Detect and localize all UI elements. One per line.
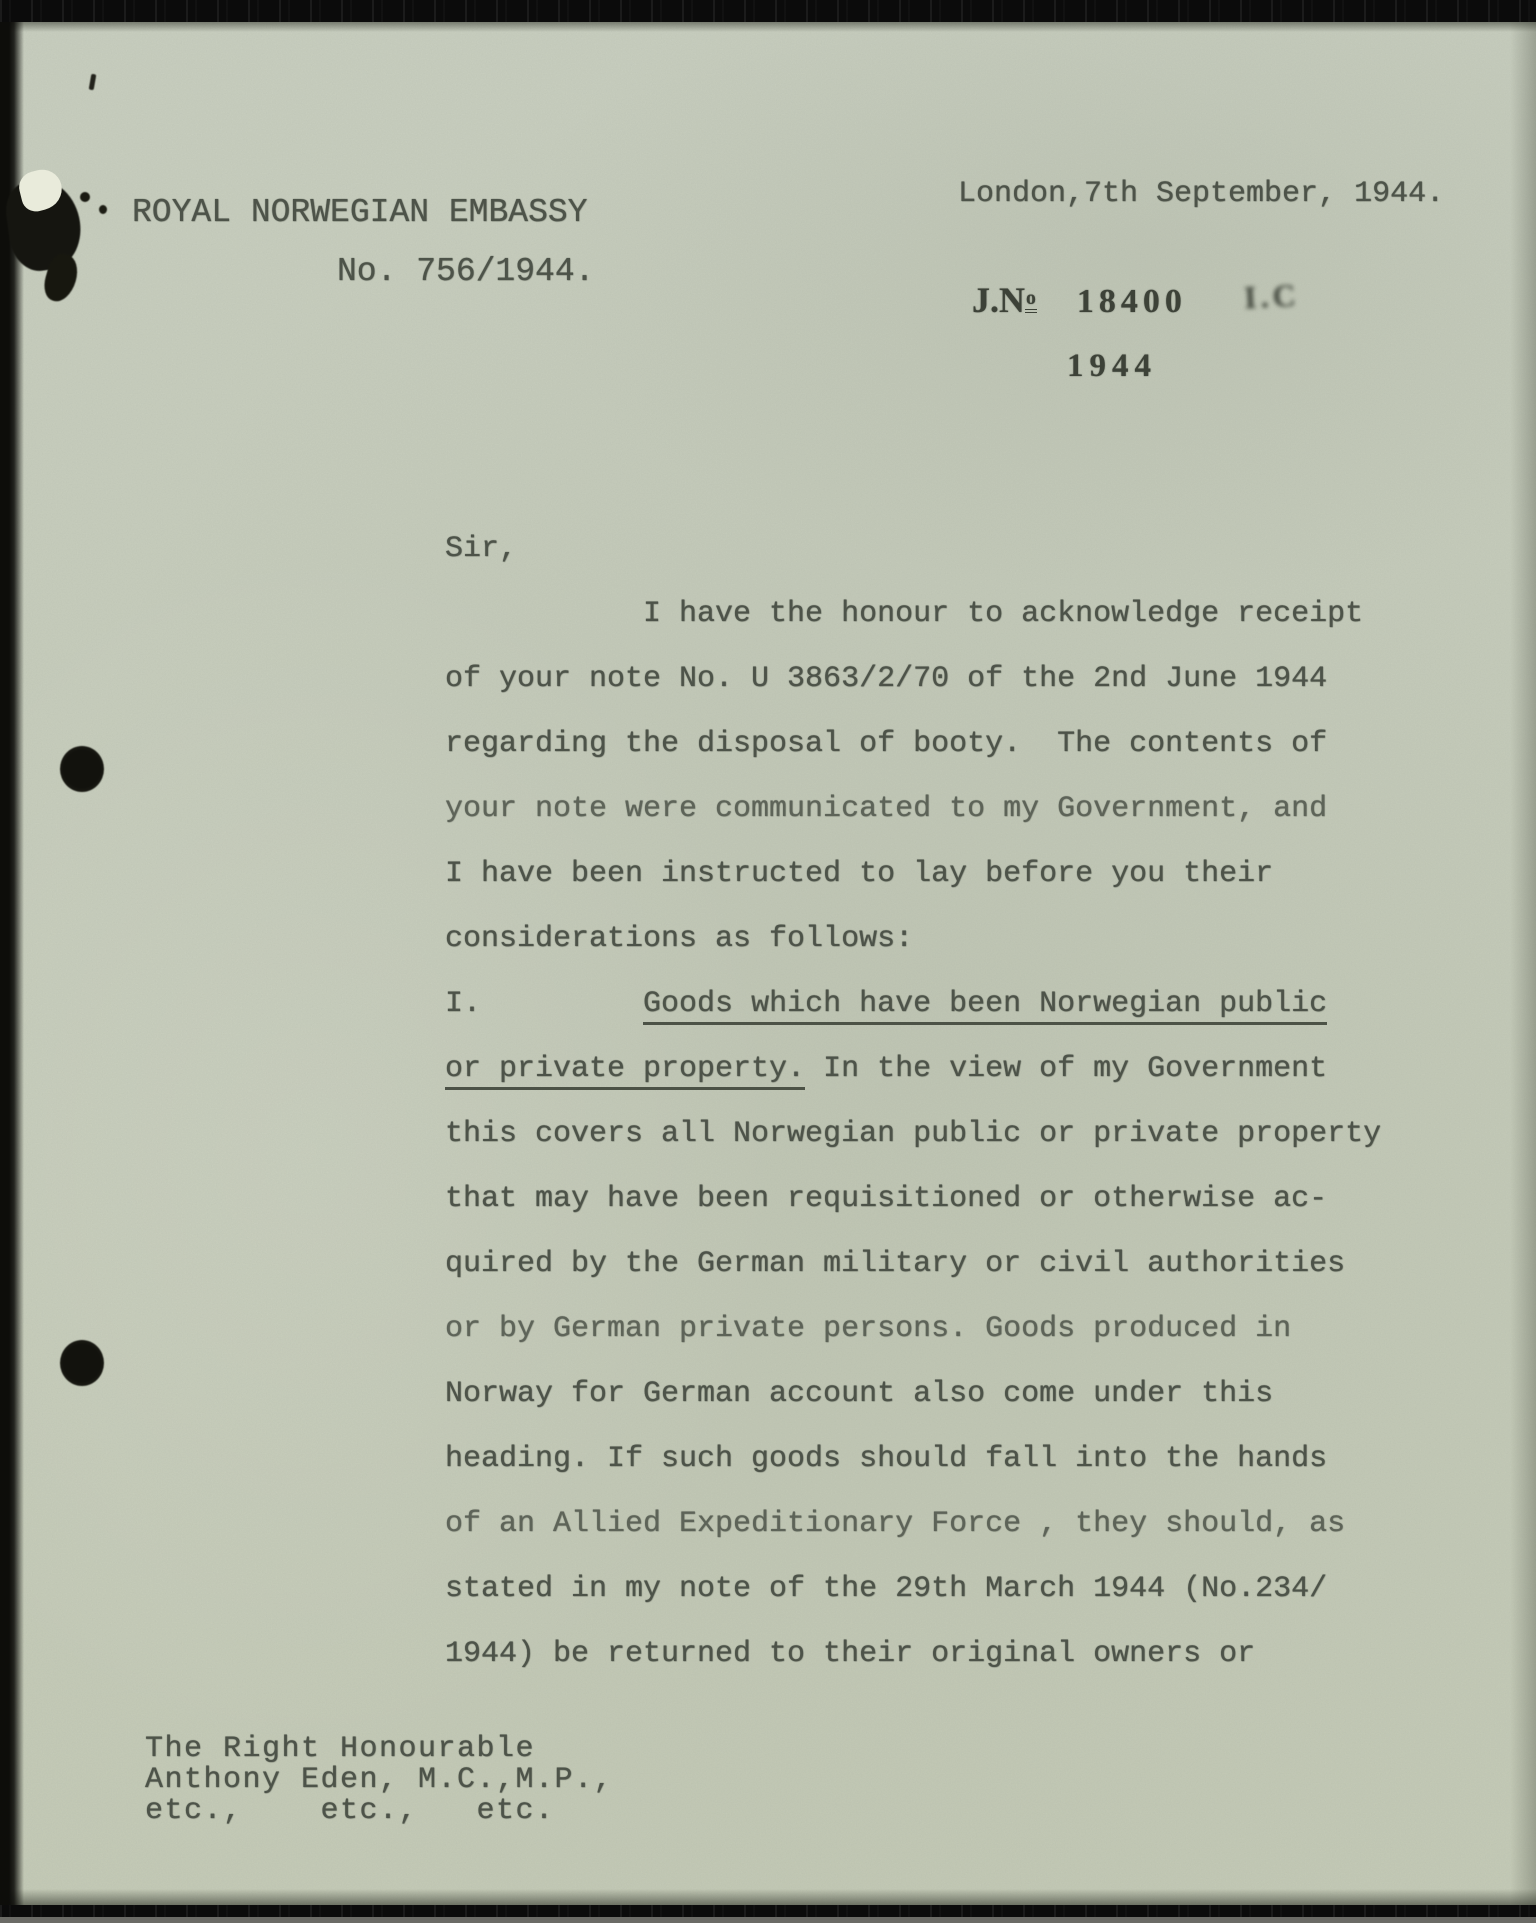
addressee-line: etc., etc., etc.	[145, 1796, 613, 1827]
journal-no-sup: o	[1025, 287, 1037, 313]
text-segment: of an Allied Expeditionary Force , they …	[445, 1507, 1345, 1541]
letter-body: Sir, I have the honour to acknowledge re…	[445, 517, 1381, 1687]
body-line: regarding the disposal of booty. The con…	[445, 712, 1381, 777]
embassy-name: ROYAL NORWEGIAN EMBASSY	[132, 194, 587, 231]
journal-number-stamp: J.No18400	[972, 279, 1187, 321]
body-line: stated in my note of the 29th March 1944…	[445, 1557, 1381, 1622]
ink-speck	[89, 74, 97, 91]
text-segment: quired by the German military or civil a…	[445, 1247, 1345, 1281]
ink-dot	[80, 192, 90, 202]
paper-top-shadow	[0, 22, 1536, 32]
journal-no-prefix: J.N	[972, 280, 1025, 320]
text-segment: stated in my note of the 29th March 1944…	[445, 1572, 1327, 1606]
punch-hole-top	[60, 746, 104, 792]
text-segment: heading. If such goods should fall into …	[445, 1442, 1327, 1476]
underlined-text: Goods which have been Norwegian public	[643, 987, 1327, 1025]
body-line: 1944) be returned to their original owne…	[445, 1622, 1381, 1687]
addressee-line: The Right Honourable	[145, 1734, 613, 1765]
text-segment: regarding the disposal of booty. The con…	[445, 727, 1327, 761]
text-segment: considerations as follows:	[445, 922, 913, 956]
journal-no-value: 18400	[1077, 283, 1187, 320]
text-segment: I.	[445, 987, 643, 1021]
body-line: I have the honour to acknowledge receipt	[445, 582, 1381, 647]
paper-right-shadow	[1510, 22, 1536, 1905]
text-segment: I have been instructed to lay before you…	[445, 857, 1273, 891]
punch-hole-bottom	[60, 1340, 104, 1386]
ink-dot	[99, 205, 107, 214]
body-line: heading. If such goods should fall into …	[445, 1427, 1381, 1492]
reference-number: No. 756/1944.	[337, 253, 594, 290]
text-segment: that may have been requisitioned or othe…	[445, 1182, 1327, 1216]
body-line: or by German private persons. Goods prod…	[445, 1297, 1381, 1362]
text-segment: Norway for German account also come unde…	[445, 1377, 1273, 1411]
body-line: Sir,	[445, 517, 1381, 582]
text-segment: your note were communicated to my Govern…	[445, 792, 1327, 826]
text-segment: I have the honour to acknowledge receipt	[445, 597, 1363, 631]
body-line: that may have been requisitioned or othe…	[445, 1167, 1381, 1232]
underlined-text: or private property.	[445, 1052, 805, 1090]
body-line: quired by the German military or civil a…	[445, 1232, 1381, 1297]
dateline: London,7th September, 1944.	[958, 177, 1444, 211]
addressee-block: The Right HonourableAnthony Eden, M.C.,M…	[145, 1734, 613, 1827]
scanned-letter-page: ROYAL NORWEGIAN EMBASSY No. 756/1944. Lo…	[0, 0, 1536, 1923]
letter-paper: ROYAL NORWEGIAN EMBASSY No. 756/1944. Lo…	[0, 22, 1536, 1905]
text-segment: this covers all Norwegian public or priv…	[445, 1117, 1381, 1151]
addressee-line: Anthony Eden, M.C.,M.P.,	[145, 1765, 613, 1796]
body-line: I. Goods which have been Norwegian publi…	[445, 972, 1381, 1037]
text-segment: 1944) be returned to their original owne…	[445, 1637, 1255, 1671]
stamp-smudge: I.C	[1243, 277, 1300, 317]
body-line: Norway for German account also come unde…	[445, 1362, 1381, 1427]
body-line: your note were communicated to my Govern…	[445, 777, 1381, 842]
scan-left-edge	[0, 22, 24, 1905]
paper-bottom-shadow	[0, 1889, 1536, 1905]
body-line: of an Allied Expeditionary Force , they …	[445, 1492, 1381, 1557]
text-segment: Sir,	[445, 532, 517, 566]
text-segment: or by German private persons. Goods prod…	[445, 1312, 1291, 1346]
body-line: I have been instructed to lay before you…	[445, 842, 1381, 907]
text-segment: In the view of my Government	[805, 1052, 1327, 1086]
body-line: considerations as follows:	[445, 907, 1381, 972]
journal-no-year: 1944	[1067, 348, 1157, 385]
film-strip-top	[0, 0, 1536, 22]
body-line: this covers all Norwegian public or priv…	[445, 1102, 1381, 1167]
film-strip-gray-edge	[0, 1917, 1536, 1923]
film-strip-bottom	[0, 1905, 1536, 1917]
body-line: or private property. In the view of my G…	[445, 1037, 1381, 1102]
body-line: of your note No. U 3863/2/70 of the 2nd …	[445, 647, 1381, 712]
text-segment: of your note No. U 3863/2/70 of the 2nd …	[445, 662, 1327, 696]
